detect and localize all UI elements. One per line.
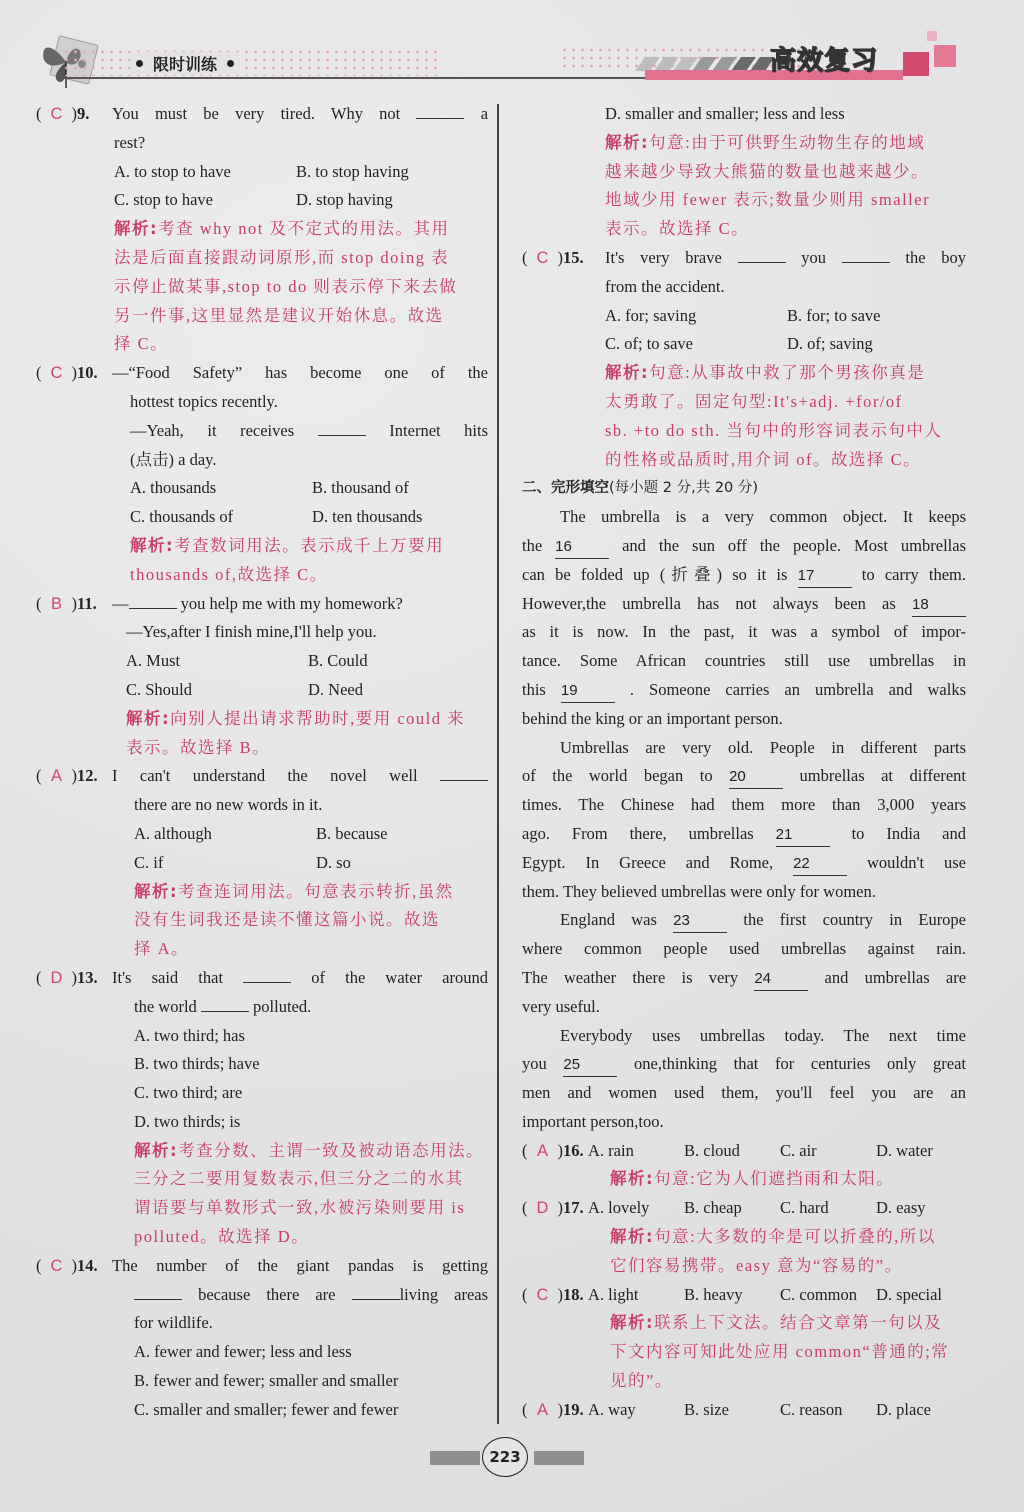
cloze-blank-19: 19 <box>561 680 615 703</box>
answer-mark: D <box>528 1194 558 1223</box>
option: A. light <box>588 1281 684 1310</box>
answer-mark: B <box>42 590 72 619</box>
answer-blank <box>201 993 249 1012</box>
option: C. if <box>134 849 316 878</box>
passage-line: the 16 and the sun off the people. Most … <box>522 532 966 561</box>
cloze-blank-23: 23 <box>673 910 727 933</box>
option: D. easy <box>876 1194 966 1223</box>
answer-mark: A <box>528 1137 558 1166</box>
cloze-blank-16: 16 <box>555 536 609 559</box>
answer-blank <box>134 1281 182 1300</box>
header-rule <box>62 77 662 79</box>
question-11: (B)11. — you help me with my homework? —… <box>36 590 488 763</box>
decorative-square <box>934 45 956 67</box>
option: B. Could <box>308 647 368 676</box>
passage-line: Everybody uses umbrellas today. The next… <box>522 1022 966 1051</box>
analysis: 解析:考查 why not 及不定式的用法。其用 法是后面直接跟动词原形,而 s… <box>36 215 488 359</box>
decorative-square <box>903 52 929 76</box>
passage-line: of the world began to 20 umbrellas at di… <box>522 762 966 791</box>
option: C. hard <box>780 1194 876 1223</box>
analysis: 解析:向别人提出请求帮助时,要用 could 来 表示。故选择 B。 <box>36 705 488 763</box>
option: B. cloud <box>684 1137 780 1166</box>
option: B. size <box>684 1396 780 1425</box>
option: D. ten thousands <box>312 503 422 532</box>
option: C. Should <box>126 676 308 705</box>
answer-blank <box>842 244 890 263</box>
option: A. way <box>588 1396 684 1425</box>
decorative-stripes <box>640 57 770 71</box>
answer-blank <box>129 590 177 609</box>
question-14-continued: D. smaller and smaller; less and less 解析… <box>522 100 966 244</box>
answer-mark: A <box>528 1396 558 1425</box>
question-14: (C)14. The number of the giant pandas is… <box>36 1252 488 1425</box>
page-header: 限时训练 高效复习 <box>0 0 1024 100</box>
cloze-questions: (A)16.A. rainB. cloudC. airD. water解析:句意… <box>522 1137 966 1425</box>
passage-line: as it is now. In the past, it was a symb… <box>522 618 966 647</box>
answer-blank <box>243 964 291 983</box>
passage-line: them. They believed umbrellas were only … <box>522 878 966 907</box>
option: D. so <box>316 849 351 878</box>
passage-line: you 25 one,thinking that for centuries o… <box>522 1050 966 1079</box>
option: D. Need <box>308 676 363 705</box>
cloze-blank-24: 24 <box>754 968 808 991</box>
question-13: (D)13. It's said that of the water aroun… <box>36 964 488 1252</box>
option: B. heavy <box>684 1281 780 1310</box>
option: A. for; saving <box>605 302 787 331</box>
section-heading: 二、完形填空(每小题 2 分,共 20 分) <box>522 474 966 503</box>
option: A. although <box>134 820 316 849</box>
question-15: (C)15. It's very brave you the boy from … <box>522 244 966 474</box>
answer-mark: D <box>42 964 72 993</box>
option: C. thousands of <box>130 503 312 532</box>
option: C. of; to save <box>605 330 787 359</box>
passage-line: important person,too. <box>522 1108 966 1137</box>
option: D. two thirds; is <box>36 1108 488 1137</box>
answer-mark: A <box>42 762 72 791</box>
analysis: 解析:句意:从事故中救了那个男孩你真是 太勇敢了。固定句型:It's+adj. … <box>522 359 966 474</box>
option: D. of; saving <box>787 330 873 359</box>
analysis: 解析:考查数词用法。表示成千上万要用 thousands of,故选择 C。 <box>36 532 488 590</box>
passage-line: this 19 . Someone carries an umbrella an… <box>522 676 966 705</box>
cloze-question-18: (C)18.A. lightB. heavyC. commonD. specia… <box>522 1281 966 1396</box>
cloze-blank-21: 21 <box>776 824 830 847</box>
option: C. air <box>780 1137 876 1166</box>
cloze-blank-22: 22 <box>793 853 847 876</box>
option: C. stop to have <box>114 186 296 215</box>
analysis: 解析:句意:大多数的伞是可以折叠的,所以它们容易携带。easy 意为“容易的”。 <box>522 1223 966 1281</box>
option: B. two thirds; have <box>36 1050 488 1079</box>
passage-line: However,the umbrella has not always been… <box>522 590 966 619</box>
answer-mark: C <box>42 359 72 388</box>
question-12: (A)12. I can't understand the novel well… <box>36 762 488 964</box>
left-column: (C)9. You must be very tired. Why not a … <box>36 100 488 1425</box>
analysis: 解析:句意:由于可供野生动物生存的地域 越来越少导致大熊猫的数量也越来越少。 地… <box>605 129 966 244</box>
analysis: 解析:句意:它为人们遮挡雨和太阳。 <box>522 1165 966 1194</box>
passage-line: tance. Some African countries still use … <box>522 647 966 676</box>
option: B. thousand of <box>312 474 409 503</box>
passage-line: can be folded up (折叠) so it is 17 to car… <box>522 561 966 590</box>
answer-mark: C <box>42 1252 72 1281</box>
passage-line: behind the king or an important person. <box>522 705 966 734</box>
passage-line: Umbrellas are very old. People in differ… <box>522 734 966 763</box>
option: A. lovely <box>588 1194 684 1223</box>
passage-line: where common people used umbrellas again… <box>522 935 966 964</box>
option: D. special <box>876 1281 966 1310</box>
question-10: (C)10. —“Food Safety” has become one of … <box>36 359 488 589</box>
cloze-question-19: (A)19.A. wayB. sizeC. reasonD. place <box>522 1396 966 1425</box>
section-label: 限时训练 <box>130 52 240 74</box>
option: D. water <box>876 1137 966 1166</box>
option: C. smaller and smaller; fewer and fewer <box>36 1396 488 1425</box>
answer-blank <box>318 417 366 436</box>
page-number: 223 <box>430 1446 584 1470</box>
cloze-question-17: (D)17.A. lovelyB. cheapC. hardD. easy解析:… <box>522 1194 966 1280</box>
book-title: 高效复习 <box>770 40 878 77</box>
cloze-passage: The umbrella is a very common object. It… <box>522 503 966 1137</box>
option: B. for; to save <box>787 302 880 331</box>
option: B. fewer and fewer; smaller and smaller <box>36 1367 488 1396</box>
bullet-icon <box>136 60 143 67</box>
option: D. smaller and smaller; less and less <box>605 100 966 129</box>
cloze-blank-18: 18 <box>912 594 966 617</box>
decorative-dots <box>62 48 442 76</box>
question-9: (C)9. You must be very tired. Why not a … <box>36 100 488 359</box>
analysis: 解析:考查连词用法。句意表示转折,虽然 没有生词我还是读不懂这篇小说。故选 择 … <box>36 878 488 964</box>
right-column: D. smaller and smaller; less and less 解析… <box>522 100 966 1425</box>
passage-line: The umbrella is a very common object. It… <box>522 503 966 532</box>
passage-line: men and women used them, you'll feel you… <box>522 1079 966 1108</box>
option: A. two third; has <box>36 1022 488 1051</box>
option: B. because <box>316 820 387 849</box>
option: A. fewer and fewer; less and less <box>36 1338 488 1367</box>
option: D. stop having <box>296 186 393 215</box>
bullet-icon <box>227 60 234 67</box>
passage-line: England was 23 the first country in Euro… <box>522 906 966 935</box>
option: D. place <box>876 1396 966 1425</box>
passage-line: The weather there is very 24 and umbrell… <box>522 964 966 993</box>
answer-mark: C <box>528 1281 558 1310</box>
option: A. rain <box>588 1137 684 1166</box>
option: C. two third; are <box>36 1079 488 1108</box>
analysis: 解析:联系上下文法。结合文章第一句以及下文内容可知此处应用 common“普通的… <box>522 1309 966 1395</box>
analysis: 解析:考查分数、主谓一致及被动语态用法。 三分之二要用复数表示,但三分之二的水其… <box>36 1137 488 1252</box>
passage-line: Egypt. In Greece and Rome, 22 wouldn't u… <box>522 849 966 878</box>
passage-line: times. The Chinese had them more than 3,… <box>522 791 966 820</box>
answer-mark: C <box>528 244 558 273</box>
section-label-text: 限时训练 <box>153 52 217 75</box>
answer-blank <box>416 100 464 119</box>
cloze-question-16: (A)16.A. rainB. cloudC. airD. water解析:句意… <box>522 1137 966 1195</box>
option: B. to stop having <box>296 158 409 187</box>
option: C. reason <box>780 1396 876 1425</box>
cloze-blank-17: 17 <box>798 565 852 588</box>
option: A. to stop to have <box>114 158 296 187</box>
option: A. thousands <box>130 474 312 503</box>
answer-blank <box>738 244 786 263</box>
answer-blank <box>440 762 488 781</box>
cloze-blank-20: 20 <box>729 766 783 789</box>
option: C. common <box>780 1281 876 1310</box>
passage-line: ago. From there, umbrellas 21 to India a… <box>522 820 966 849</box>
option: A. Must <box>126 647 308 676</box>
cloze-blank-25: 25 <box>563 1054 617 1077</box>
answer-mark: C <box>42 100 72 129</box>
answer-blank <box>352 1281 400 1300</box>
option: B. cheap <box>684 1194 780 1223</box>
decorative-square <box>927 31 937 41</box>
column-divider <box>497 104 499 1424</box>
passage-line: very useful. <box>522 993 966 1022</box>
